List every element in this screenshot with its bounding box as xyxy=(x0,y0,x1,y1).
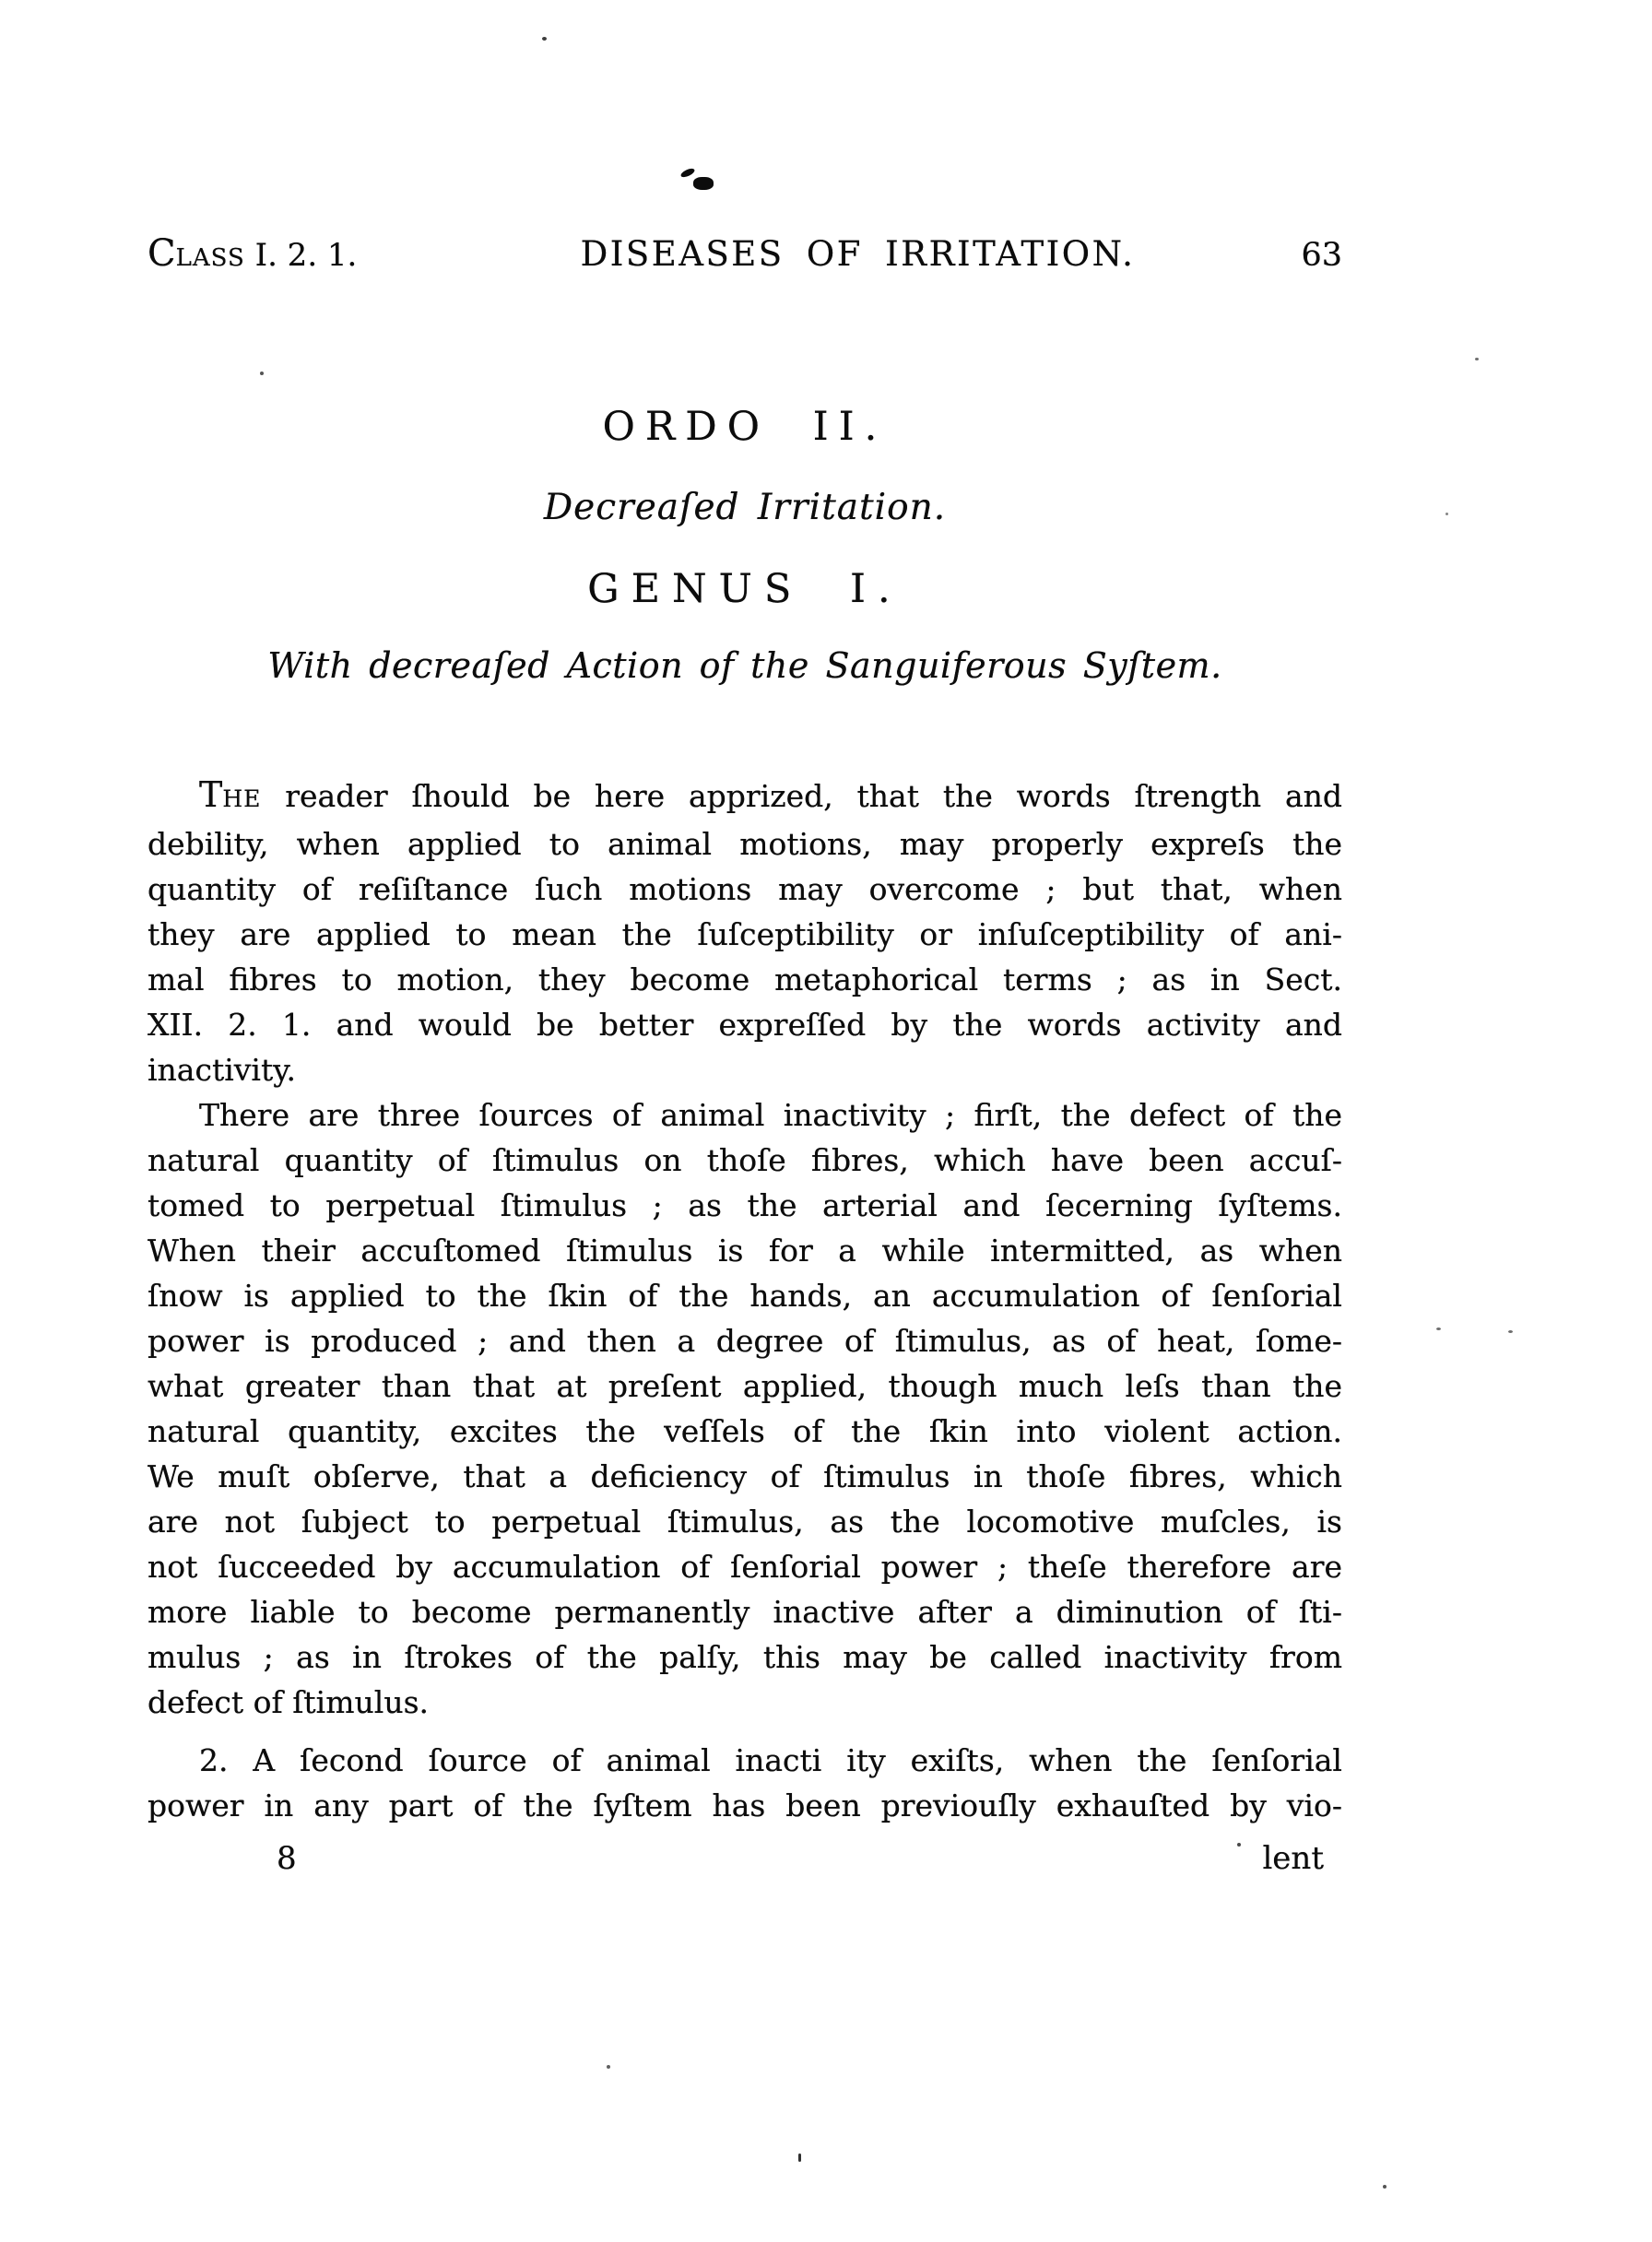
body-line: We muſt obſerve, that a deficiency of ſt… xyxy=(147,1454,1342,1499)
ink-speckle xyxy=(1475,358,1479,360)
paragraph: THE reader ſhould be here apprized, that… xyxy=(147,773,1342,1092)
running-title-class: CLASS I. 2. 1. xyxy=(147,232,461,275)
ink-speckle xyxy=(1383,2185,1386,2189)
body-line: XII. 2. 1. and would be better expreſſed… xyxy=(147,1002,1342,1047)
genus-subtitle: With decreaſed Action of the Sanguiferou… xyxy=(147,645,1342,686)
body-line: There are three ſources of animal inacti… xyxy=(147,1092,1342,1138)
ink-speckle xyxy=(207,1156,211,1160)
body-line: natural quantity, excites the veſſels of… xyxy=(147,1409,1342,1454)
book-page: CLASS I. 2. 1. DISEASES OF IRRITATION. 6… xyxy=(0,0,1652,2242)
body-line: power is produced ; and then a degree of… xyxy=(147,1318,1342,1363)
ink-speckle xyxy=(542,37,547,41)
ink-speckle xyxy=(798,2153,801,2162)
class-initial: C xyxy=(147,232,176,275)
ink-speckle xyxy=(1237,1843,1241,1847)
body-line: not ſucceeded by accumulation of ſenſori… xyxy=(147,1544,1342,1589)
body-line: more liable to become permanently inacti… xyxy=(147,1589,1342,1634)
body-line: tomed to perpetual ſtimulus ; as the art… xyxy=(147,1183,1342,1228)
body-line: When their accuſtomed ſtimulus is for a … xyxy=(147,1228,1342,1273)
ink-blob xyxy=(693,177,714,190)
page-number: 63 xyxy=(1255,237,1342,274)
class-numerals: I. 2. 1. xyxy=(245,237,358,274)
body-line: quantity of reſiſtance ſuch motions may … xyxy=(147,867,1342,912)
body-line: THE reader ſhould be here apprized, that… xyxy=(147,773,1342,821)
drop-initial: T xyxy=(199,774,222,815)
signature-mark: 8 xyxy=(277,1836,297,1882)
body-line: what greater than that at preſent applie… xyxy=(147,1363,1342,1409)
body-line: natural quantity of ſtimulus on thoſe fi… xyxy=(147,1138,1342,1183)
body-line: defect of ſtimulus. xyxy=(147,1680,1342,1725)
body-line: ſnow is applied to the ſkin of the hands… xyxy=(147,1273,1342,1318)
class-smallcaps: LASS xyxy=(176,244,245,272)
ink-speckle xyxy=(1508,1330,1513,1333)
ink-speckle xyxy=(1445,513,1448,515)
lead-smallcaps: HE xyxy=(222,785,261,812)
body-line: mulus ; as in ſtrokes of the palſy, this… xyxy=(147,1634,1342,1680)
signature-row: 8 lent xyxy=(147,1836,1342,1882)
body-line: debility, when applied to animal motions… xyxy=(147,821,1342,867)
body-line: 2. A ſecond ſource of animal inacti ity … xyxy=(147,1738,1342,1783)
ordo-subtitle: Decreaſed Irritation. xyxy=(147,487,1342,528)
body-line: they are applied to mean the ſuſceptibil… xyxy=(147,912,1342,957)
body-text: THE reader ſhould be here apprized, that… xyxy=(147,773,1342,1828)
body-line: power in any part of the ſyſtem has been… xyxy=(147,1783,1342,1828)
page-header: CLASS I. 2. 1. DISEASES OF IRRITATION. 6… xyxy=(147,232,1342,275)
catchword: lent xyxy=(1262,1836,1324,1882)
running-title: DISEASES OF IRRITATION. xyxy=(461,234,1255,274)
body-line: are not ſubject to perpetual ſtimulus, a… xyxy=(147,1499,1342,1544)
body-line: mal fibres to motion, they become metaph… xyxy=(147,957,1342,1002)
ink-speckle xyxy=(607,2065,610,2069)
genus-heading: GENUS I. xyxy=(147,566,1342,612)
paragraph: There are three ſources of animal inacti… xyxy=(147,1092,1342,1725)
ink-speckle xyxy=(260,372,264,375)
ordo-heading: ORDO II. xyxy=(147,404,1342,450)
paragraph: 2. A ſecond ſource of animal inacti ity … xyxy=(147,1738,1342,1828)
ink-speckle xyxy=(679,167,695,179)
ink-speckle xyxy=(1436,1327,1441,1330)
body-line: inactivity. xyxy=(147,1047,1342,1092)
